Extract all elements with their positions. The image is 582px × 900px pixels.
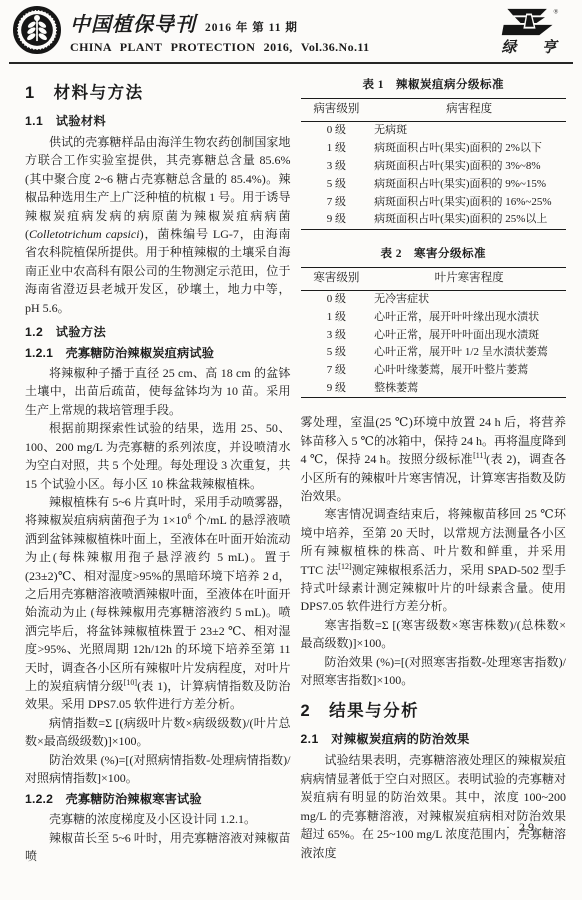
paragraph-design: 根据前期探索性试验的结果，选用 25、50、100、200 mg/L 为壳寡糖的…	[25, 419, 291, 493]
text-run: 寒害指数=Σ [(寒害级数×寒害株数)/(总株数×最高级数)]×100。	[301, 618, 567, 650]
grade-cell: 7 级	[301, 362, 373, 380]
text-run: 将辣椒种子播于直径 25 cm、高 18 cm 的盆钵土壤中，出苗后疏苗，使每盆…	[25, 366, 291, 417]
severity-cell: 心叶正常，展开叶 1/2 呈水渍状萎蔫	[372, 344, 566, 362]
grade-cell: 1 级	[301, 140, 373, 158]
text-run: 根据前期探索性试验的结果，选用 25、50、100、200 mg/L 为壳寡糖的…	[25, 421, 291, 490]
text-run: 壳寡糖的浓度梯度及小区设计同 1.2.1。	[49, 812, 256, 826]
issue-label: 2016 年 第 11 期	[205, 19, 298, 35]
registered-trademark-symbol: ®	[553, 9, 558, 16]
formula-cold-control-effect: 防治效果 (%)=[(对照寒害指数-处理寒害指数)/对照寒害指数]×100。	[301, 653, 567, 690]
severity-cell: 心叶正常，展开叶叶缘出现水渍状	[372, 308, 566, 326]
text-run: 病情指数=Σ [(病级叶片数×病级级数)/(叶片总数×最高级级数)]×100。	[25, 716, 291, 748]
citation-superscript: [11]	[473, 451, 486, 460]
grade-cell: 0 级	[301, 122, 373, 140]
species-name-italic: Colletotrichum capsici	[29, 227, 140, 241]
citation-superscript: [12]	[338, 562, 351, 571]
severity-cell: 病斑面积占叶(果实)面积的 25%以上	[372, 211, 566, 229]
severity-cell: 病斑面积占叶(果实)面积的 9%~15%	[372, 175, 566, 193]
grade-cell: 9 级	[301, 380, 373, 398]
section-2-1-heading: 2.1 对辣椒炭疽病的防治效果	[301, 730, 567, 747]
text-run: 个/mL 的悬浮液喷洒到盆钵辣椒植株叶面上，至液体在叶面开始流动为止(每株辣椒用…	[25, 513, 291, 693]
formula-control-effect: 防治效果 (%)=[(对照病情指数-处理病情指数)/对照病情指数]×100。	[25, 751, 291, 788]
paragraph-cold-design: 壳寡糖的浓度梯度及小区设计同 1.2.1。	[25, 810, 291, 828]
severity-cell: 无病斑	[372, 122, 566, 140]
text-run: 辣椒苗长至 5~6 叶时，用壳寡糖溶液对辣椒苗喷	[25, 831, 291, 863]
journal-title-cn: 中国植保导刊	[70, 8, 196, 37]
text-run: 1 材料与方法	[25, 84, 144, 102]
table-row: 7 级心叶叶缘萎蔫，展开叶整片萎蔫	[301, 362, 567, 380]
luheng-logo-icon: ®	[498, 6, 560, 38]
column-header: 病害级别	[301, 99, 373, 122]
right-column: 表 1 辣椒炭疽病分级标准病害级别病害程度0 级无病斑1 级病斑面积占叶(果实)…	[301, 71, 567, 866]
text-run: 防治效果 (%)=[(对照寒害指数-处理寒害指数)/对照寒害指数]×100。	[301, 655, 567, 687]
table-row: 9 级病斑面积占叶(果实)面积的 25%以上	[301, 211, 567, 229]
table-row: 1 级心叶正常，展开叶叶缘出现水渍状	[301, 308, 567, 326]
grade-cell: 0 级	[301, 290, 373, 308]
table-header-row: 病害级别病害程度	[301, 99, 567, 122]
column-header: 叶片寒害程度	[372, 267, 566, 290]
grade-cell: 5 级	[301, 175, 373, 193]
paragraph-cold-treatment: 雾处理，室温(25 ℃)环境中放置 24 h 后，将营养钵苗移入 5 ℃的冰箱中…	[301, 413, 567, 505]
journal-title-block: 中国植保导刊 2016 年 第 11 期 CHINA PLANT PROTECT…	[70, 6, 370, 55]
severity-cell: 心叶叶缘萎蔫，展开叶整片萎蔫	[372, 362, 566, 380]
formula-disease-index: 病情指数=Σ [(病级叶片数×病级级数)/(叶片总数×最高级级数)]×100。	[25, 714, 291, 751]
section-1-heading: 1 材料与方法	[25, 79, 291, 103]
paragraph-recovery-survey: 寒害情况调查结束后，将辣椒苗移回 25 ℃环境中培养，至第 20 天时，以常规方…	[301, 505, 567, 615]
masthead: 中国植保导刊 2016 年 第 11 期 CHINA PLANT PROTECT…	[9, 0, 573, 64]
cold-injury-grading-table: 表 2 寒害分级标准寒害级别叶片寒害程度0 级无冷害症状1 级心叶正常，展开叶叶…	[301, 245, 567, 399]
text-run: 2.1 对辣椒炭疽病的防治效果	[301, 732, 470, 746]
journal-emblem-wheat-icon	[13, 6, 61, 54]
paragraph-sowing: 将辣椒种子播于直径 25 cm、高 18 cm 的盆钵土壤中，出苗后疏苗，使每盆…	[25, 364, 291, 419]
table-title: 表 2 寒害分级标准	[301, 245, 567, 261]
paragraph-inoculation: 辣椒植株有 5~6 片真叶时，采用手动喷雾器，将辣椒炭疽病病菌孢子为 1×106…	[25, 493, 291, 714]
table-row: 3 级病斑面积占叶(果实)面积的 3%~8%	[301, 158, 567, 176]
luheng-logo-text: 绿 亨	[491, 36, 566, 57]
citation-superscript: [10]	[124, 678, 137, 687]
table-row: 9 级整株萎蔫	[301, 380, 567, 398]
severity-cell: 整株萎蔫	[372, 380, 566, 398]
text-run: 2 结果与分析	[301, 702, 420, 720]
severity-cell: 病斑面积占叶(果实)面积的 3%~8%	[372, 158, 566, 176]
grade-cell: 9 级	[301, 211, 373, 229]
table-row: 5 级病斑面积占叶(果实)面积的 9%~15%	[301, 175, 567, 193]
table-header-row: 寒害级别叶片寒害程度	[301, 267, 567, 290]
table-row: 7 级病斑面积占叶(果实)面积的 16%~25%	[301, 193, 567, 211]
grade-cell: 5 级	[301, 344, 373, 362]
paragraph-results: 试验结果表明，壳寡糖溶液处理区的辣椒炭疽病病情显著低于空白对照区。表明试验的壳寡…	[301, 751, 567, 861]
journal-page: 中国植保导刊 2016 年 第 11 期 CHINA PLANT PROTECT…	[0, 0, 582, 900]
text-run: 1.1 试验材料	[25, 114, 106, 128]
text-run: 防治效果 (%)=[(对照病情指数-处理病情指数)/对照病情指数]×100。	[25, 753, 291, 785]
severity-cell: 心叶正常，展开叶叶面出现水渍斑	[372, 326, 566, 344]
paragraph-materials: 供试的壳寡糖样品由海洋生物农药创制国家地方联合工作实验室提供，其壳寡糖总含量 8…	[25, 133, 291, 317]
table-row: 1 级病斑面积占叶(果实)面积的 2%以下	[301, 140, 567, 158]
article-body: 1 材料与方法1.1 试验材料供试的壳寡糖样品由海洋生物农药创制国家地方联合工作…	[0, 64, 582, 866]
table-row: 0 级无冷害症状	[301, 290, 567, 308]
table-row: 3 级心叶正常，展开叶叶面出现水渍斑	[301, 326, 567, 344]
grade-cell: 1 级	[301, 308, 373, 326]
section-1-2-2-heading: 1.2.2 壳寡糖防治辣椒寒害试验	[25, 790, 291, 807]
section-2-heading: 2 结果与分析	[301, 697, 567, 721]
column-header: 病害程度	[372, 99, 566, 122]
severity-cell: 病斑面积占叶(果实)面积的 2%以下	[372, 140, 566, 158]
section-1-1-heading: 1.1 试验材料	[25, 112, 291, 129]
table-title: 表 1 辣椒炭疽病分级标准	[301, 76, 567, 92]
journal-title-en: CHINA PLANT PROTECTION 2016, Vol.36.No.1…	[70, 40, 370, 55]
text-run: 1.2.1 壳寡糖防治辣椒炭疽病试验	[25, 346, 214, 360]
column-header: 寒害级别	[301, 267, 373, 290]
formula-cold-index: 寒害指数=Σ [(寒害级数×寒害株数)/(总株数×最高级数)]×100。	[301, 616, 567, 653]
grading-table: 病害级别病害程度0 级无病斑1 级病斑面积占叶(果实)面积的 2%以下3 级病斑…	[301, 98, 567, 230]
section-1-2-1-heading: 1.2.1 壳寡糖防治辣椒炭疽病试验	[25, 344, 291, 361]
grade-cell: 7 级	[301, 193, 373, 211]
severity-cell: 无冷害症状	[372, 290, 566, 308]
left-column: 1 材料与方法1.1 试验材料供试的壳寡糖样品由海洋生物农药创制国家地方联合工作…	[25, 71, 291, 866]
page-number: · 29 ·	[506, 820, 550, 835]
text-run: 1.2.2 壳寡糖防治辣椒寒害试验	[25, 792, 202, 806]
grading-table: 寒害级别叶片寒害程度0 级无冷害症状1 级心叶正常，展开叶叶缘出现水渍状3 级心…	[301, 267, 567, 399]
text-run: 供试的壳寡糖样品由海洋生物农药创制国家地方联合工作实验室提供，其壳寡糖总含量 8…	[25, 135, 291, 241]
table-row: 0 级无病斑	[301, 122, 567, 140]
anthracnose-grading-table: 表 1 辣椒炭疽病分级标准病害级别病害程度0 级无病斑1 级病斑面积占叶(果实)…	[301, 76, 567, 230]
text-run: 试验结果表明，壳寡糖溶液处理区的辣椒炭疽病病情显著低于空白对照区。表明试验的壳寡…	[301, 753, 567, 859]
section-1-2-heading: 1.2 试验方法	[25, 323, 291, 340]
grade-cell: 3 级	[301, 158, 373, 176]
table-row: 5 级心叶正常，展开叶 1/2 呈水渍状萎蔫	[301, 344, 567, 362]
grade-cell: 3 级	[301, 326, 373, 344]
severity-cell: 病斑面积占叶(果实)面积的 16%~25%	[372, 193, 566, 211]
text-run: 1.2 试验方法	[25, 325, 106, 339]
advertiser-logo: ® 绿 亨	[487, 6, 571, 57]
paragraph-cold-spray: 辣椒苗长至 5~6 叶时，用壳寡糖溶液对辣椒苗喷	[25, 829, 291, 866]
